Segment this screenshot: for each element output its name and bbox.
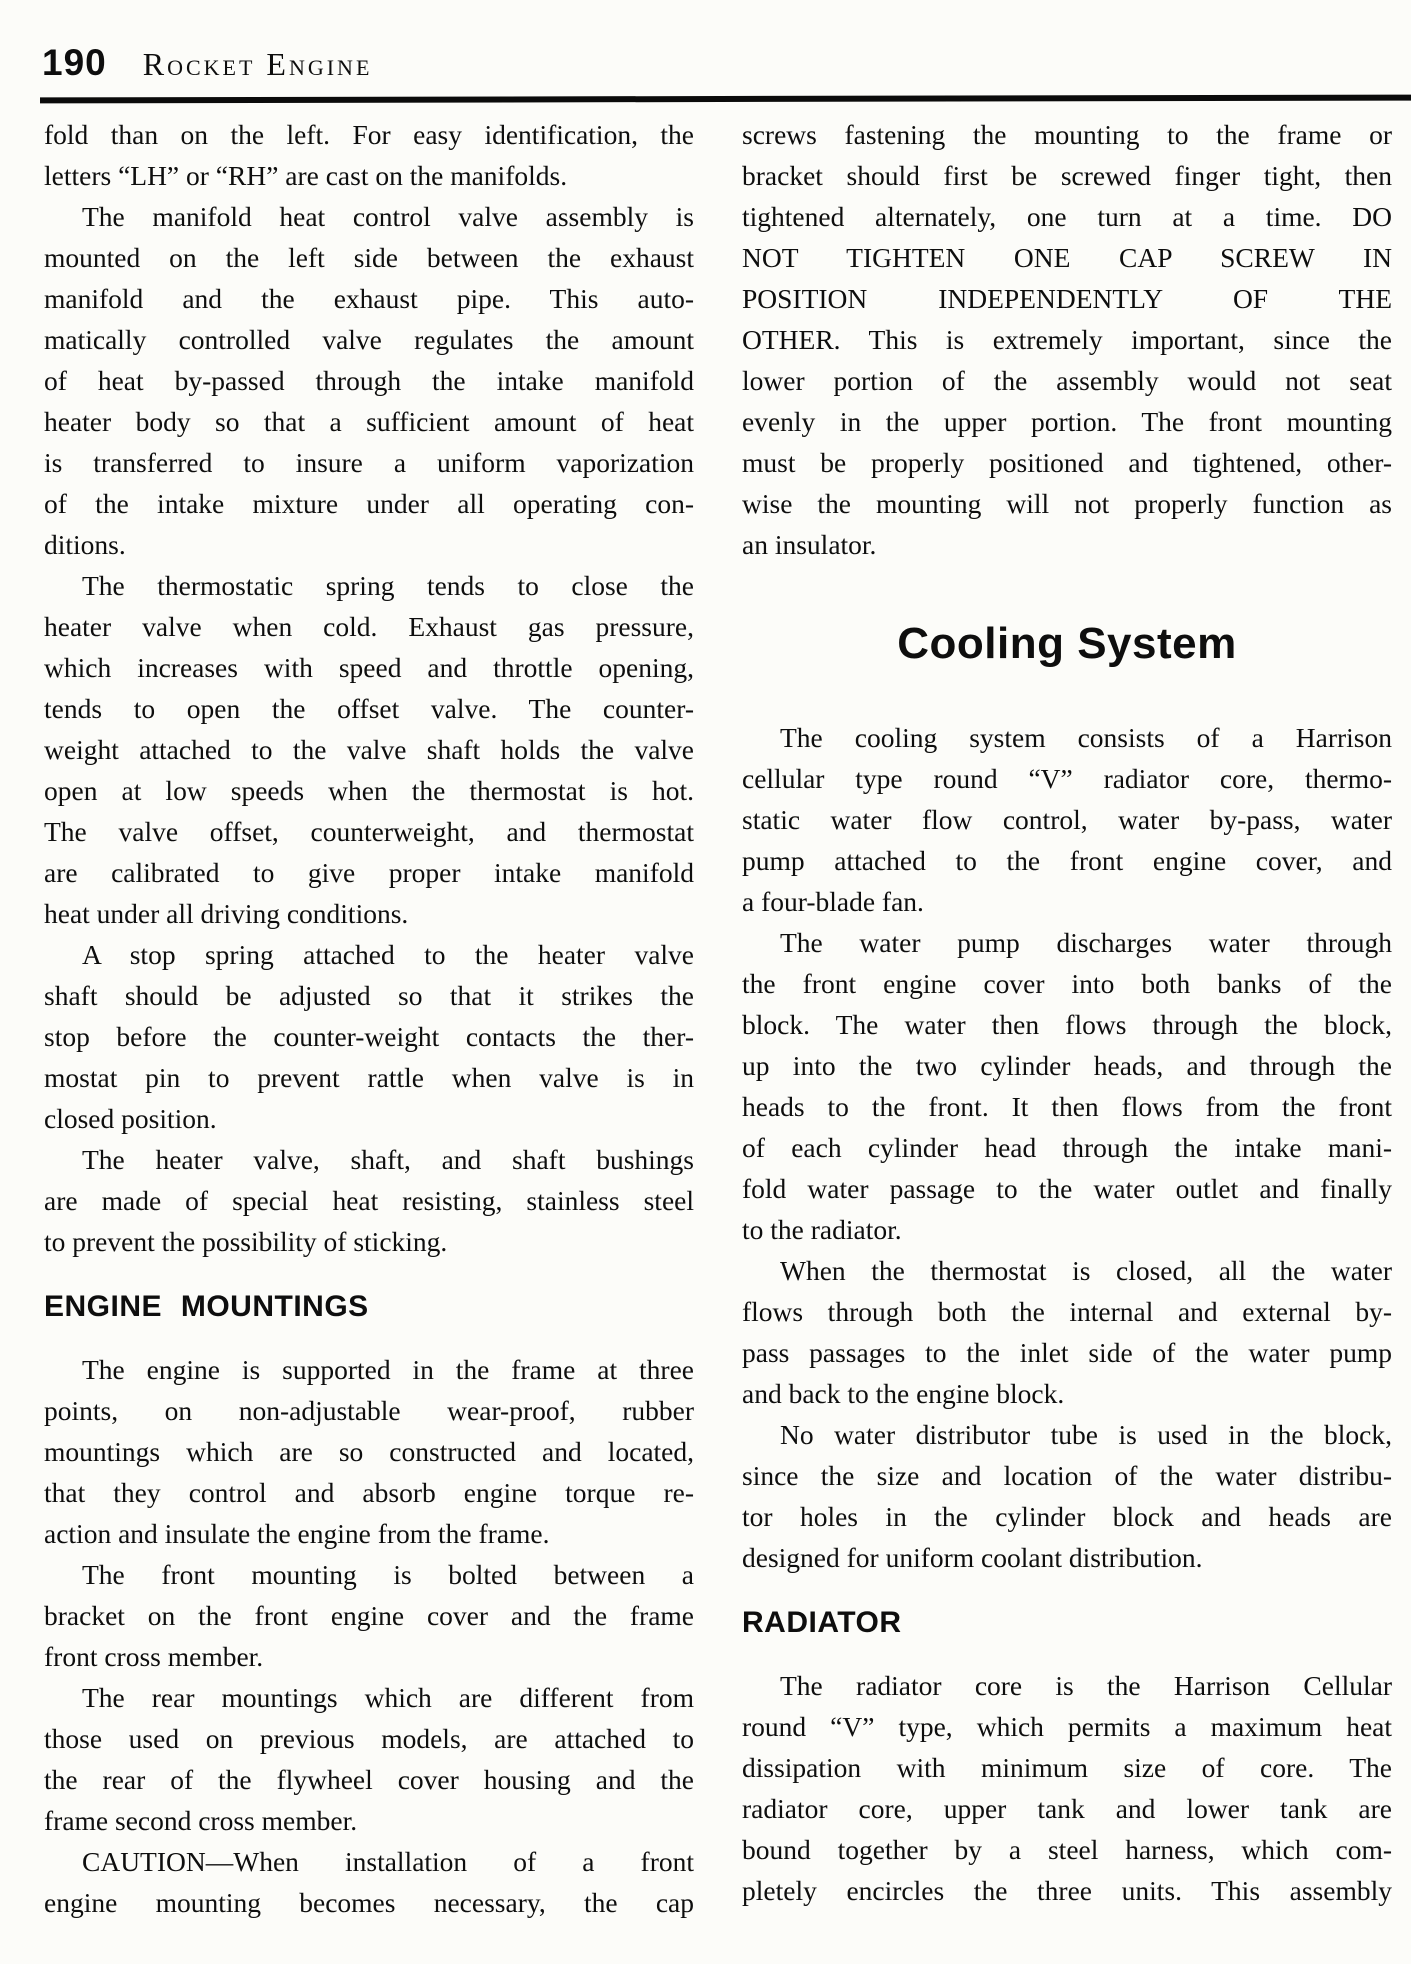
right-column: screws fastening the mounting to the fra… [742,114,1392,1923]
text-line: The rear mountings which are different f… [44,1677,694,1718]
paragraph: CAUTION—When installation of a frontengi… [44,1841,694,1923]
text-line: heads to the front. It then flows from t… [742,1086,1392,1127]
text-line: pletely encircles the three units. This … [742,1870,1392,1911]
text-line: tightened alternately, one turn at a tim… [742,196,1392,237]
text-line: cellular type round “V” radiator core, t… [742,758,1392,799]
text-line: are calibrated to give proper intake man… [44,852,694,893]
paragraph: fold than on the left. For easy identifi… [44,114,694,196]
text-line: screws fastening the mounting to the fra… [742,114,1392,155]
paragraph: The engine is supported in the frame at … [44,1349,694,1554]
text-line: matically controlled valve regulates the… [44,319,694,360]
text-line: since the size and location of the water… [742,1455,1392,1496]
text-line: heater body so that a sufficient amount … [44,401,694,442]
paragraph: When the thermostat is closed, all the w… [742,1250,1392,1414]
text-line: mounted on the left side between the exh… [44,237,694,278]
text-line: manifold and the exhaust pipe. This auto… [44,278,694,319]
text-line: POSITION INDEPENDENTLY OF THE [742,278,1392,319]
text-line: frame second cross member. [44,1800,694,1841]
text-line: the front engine cover into both banks o… [742,963,1392,1004]
text-line: wise the mounting will not properly func… [742,483,1392,524]
text-line: The heater valve, shaft, and shaft bushi… [44,1139,694,1180]
text-line: an insulator. [742,524,1392,565]
text-line: radiator core, upper tank and lower tank… [742,1788,1392,1829]
text-line: static water flow control, water by-pass… [742,799,1392,840]
text-line: The thermostatic spring tends to close t… [44,565,694,606]
paragraph: The front mounting is bolted between abr… [44,1554,694,1677]
text-line: A stop spring attached to the heater val… [44,934,694,975]
paragraph: The heater valve, shaft, and shaft bushi… [44,1139,694,1262]
text-line: points, on non-adjustable wear-proof, ru… [44,1390,694,1431]
text-line: of the intake mixture under all operatin… [44,483,694,524]
text-line: ditions. [44,524,694,565]
text-line: The manifold heat control valve assembly… [44,196,694,237]
text-line: shaft should be adjusted so that it stri… [44,975,694,1016]
left-column: fold than on the left. For easy identifi… [44,114,694,1923]
text-line: to prevent the possibility of sticking. [44,1221,694,1262]
text-line: The front mounting is bolted between a [44,1554,694,1595]
text-line: pump attached to the front engine cover,… [742,840,1392,881]
text-line: of heat by-passed through the intake man… [44,360,694,401]
text-line: must be properly positioned and tightene… [742,442,1392,483]
paragraph: The cooling system consists of a Harriso… [742,717,1392,922]
text-line: The water pump discharges water through [742,922,1392,963]
text-line: The valve offset, counterweight, and the… [44,811,694,852]
text-line: lower portion of the assembly would not … [742,360,1392,401]
page-number: 190 [42,42,107,84]
paragraph: screws fastening the mounting to the fra… [742,114,1392,565]
text-line: is transferred to insure a uniform vapor… [44,442,694,483]
text-line: which increases with speed and throttle … [44,647,694,688]
text-line: open at low speeds when the thermostat i… [44,770,694,811]
text-line: those used on previous models, are attac… [44,1718,694,1759]
text-line: The cooling system consists of a Harriso… [742,717,1392,758]
paragraph: No water distributor tube is used in the… [742,1414,1392,1578]
paragraph: The rear mountings which are different f… [44,1677,694,1841]
text-line: front cross member. [44,1636,694,1677]
text-line: The engine is supported in the frame at … [44,1349,694,1390]
text-line: a four-blade fan. [742,881,1392,922]
text-line: bound together by a steel harness, which… [742,1829,1392,1870]
text-line: to the radiator. [742,1209,1392,1250]
text-line: round “V” type, which permits a maximum … [742,1706,1392,1747]
text-line: heat under all driving conditions. [44,893,694,934]
paragraph: The manifold heat control valve assembly… [44,196,694,565]
text-line: mountings which are so constructed and l… [44,1431,694,1472]
text-line: No water distributor tube is used in the… [742,1414,1392,1455]
text-line: letters “LH” or “RH” are cast on the man… [44,155,694,196]
text-line: CAUTION—When installation of a front [44,1841,694,1882]
text-line: fold than on the left. For easy identifi… [44,114,694,155]
text-line: tends to open the offset valve. The coun… [44,688,694,729]
text-line: closed position. [44,1098,694,1139]
two-column-text: fold than on the left. For easy identifi… [0,102,1411,1923]
paragraph: The radiator core is the Harrison Cellul… [742,1665,1392,1911]
text-line: weight attached to the valve shaft holds… [44,729,694,770]
text-line: of each cylinder head through the intake… [742,1127,1392,1168]
book-page: 190 Rocket Engine fold than on the left.… [0,0,1411,1964]
text-line: the rear of the flywheel cover housing a… [44,1759,694,1800]
text-line: are made of special heat resisting, stai… [44,1180,694,1221]
text-line: action and insulate the engine from the … [44,1513,694,1554]
text-line: up into the two cylinder heads, and thro… [742,1045,1392,1086]
text-line: bracket on the front engine cover and th… [44,1595,694,1636]
text-line: mostat pin to prevent rattle when valve … [44,1057,694,1098]
text-line: pass passages to the inlet side of the w… [742,1332,1392,1373]
paragraph: The water pump discharges water throught… [742,922,1392,1250]
text-line: and back to the engine block. [742,1373,1392,1414]
section-heading: ENGINE MOUNTINGS [44,1289,694,1325]
page-header: 190 Rocket Engine [0,0,1411,84]
text-line: OTHER. This is extremely important, sinc… [742,319,1392,360]
text-line: fold water passage to the water outlet a… [742,1168,1392,1209]
text-line: The radiator core is the Harrison Cellul… [742,1665,1392,1706]
text-line: that they control and absorb engine torq… [44,1472,694,1513]
chapter-heading: Cooling System [742,621,1392,667]
text-line: When the thermostat is closed, all the w… [742,1250,1392,1291]
text-line: NOT TIGHTEN ONE CAP SCREW IN [742,237,1392,278]
running-title: Rocket Engine [143,46,373,83]
text-line: tor holes in the cylinder block and head… [742,1496,1392,1537]
paragraph: A stop spring attached to the heater val… [44,934,694,1139]
text-line: bracket should first be screwed finger t… [742,155,1392,196]
text-line: block. The water then flows through the … [742,1004,1392,1045]
text-line: stop before the counter-weight contacts … [44,1016,694,1057]
text-line: engine mounting becomes necessary, the c… [44,1882,694,1923]
section-heading: RADIATOR [742,1605,1392,1641]
text-line: designed for uniform coolant distributio… [742,1537,1392,1578]
paragraph: The thermostatic spring tends to close t… [44,565,694,934]
text-line: dissipation with minimum size of core. T… [742,1747,1392,1788]
text-line: evenly in the upper portion. The front m… [742,401,1392,442]
text-line: flows through both the internal and exte… [742,1291,1392,1332]
text-line: heater valve when cold. Exhaust gas pres… [44,606,694,647]
